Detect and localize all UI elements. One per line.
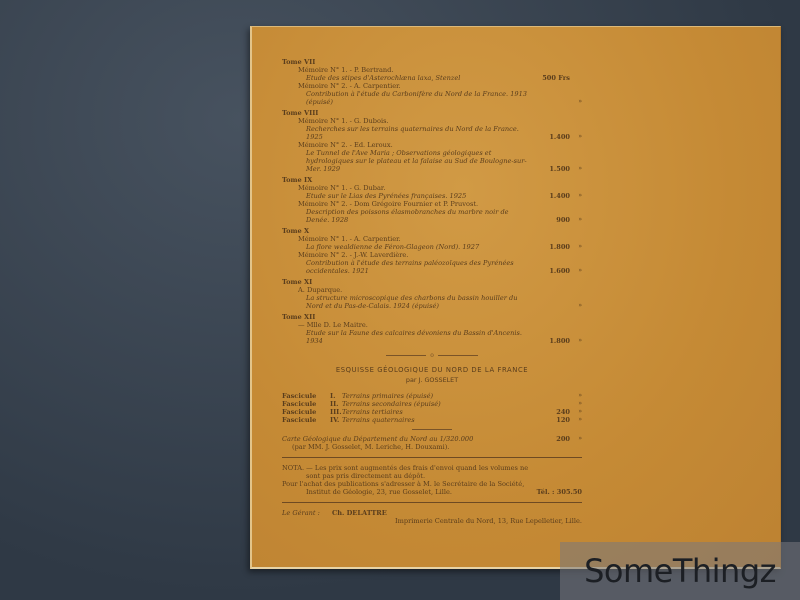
nota-block: NOTA. — Les prix sont augmentés des frai…	[282, 464, 582, 496]
memoire-author: Mémoire N° 2. - A. Carpentier.	[298, 82, 532, 90]
memoire-arrow: »	[578, 98, 582, 106]
book-back-cover: Tome VIIMémoire N° 1. - P. Bertrand.Etud…	[250, 26, 781, 569]
memoire-price: 1.800	[532, 243, 570, 251]
memoire-entry: Mémoire N° 2. - Dom Grégoire Fournier et…	[282, 200, 582, 224]
memoire-arrow: »	[578, 243, 582, 251]
esquisse-heading: ESQUISSE GÉOLOGIQUE DU NORD DE LA FRANCE	[282, 366, 582, 374]
memoire-price: 500 Frs	[532, 74, 570, 82]
memoire-price: 900	[532, 216, 570, 224]
divider-rule	[282, 457, 582, 458]
memoire-title: Etude sur le Lias des Pyrénées française…	[298, 192, 532, 200]
nota-line-3: Pour l'achat des publications s'adresser…	[282, 480, 582, 488]
carte-entry: Carte Géologique du Département du Nord …	[282, 435, 582, 451]
memoire-entry: Mémoire N° 1. - P. Bertrand.Etude des st…	[282, 66, 582, 82]
carte-authors: (par MM. J. Gosselet, M. Leriche, H. Dou…	[282, 443, 449, 451]
footer: Le Gérant : Ch. DELATTRE Imprimerie Cent…	[282, 509, 582, 525]
fascicules-list: FasciculeI.Terrains primaires (épuisé)»F…	[282, 392, 582, 424]
fascicule-entry: FasciculeII.Terrains secondaires (épuisé…	[282, 400, 582, 408]
memoire-entry: Mémoire N° 2. - Ed. Leroux.Le Tunnel de …	[282, 141, 582, 173]
carte-title: Carte Géologique du Département du Nord …	[282, 435, 473, 443]
fascicule-price: 120	[532, 416, 570, 424]
tome-label: Tome VIII	[282, 109, 582, 117]
fascicule-label: Fascicule	[282, 408, 330, 416]
memoire-arrow: »	[578, 192, 582, 200]
fascicule-label: Fascicule	[282, 416, 330, 424]
fascicule-arrow: »	[578, 408, 582, 416]
ornament-divider: o	[282, 352, 582, 360]
memoire-arrow: »	[578, 133, 582, 141]
gerant-label: Le Gérant :	[282, 509, 320, 517]
fascicule-entry: FasciculeIII.Terrains tertiaires240»	[282, 408, 582, 416]
fascicule-title: Terrains quaternaires	[342, 416, 415, 424]
nota-address: Institut de Géologie, 23, rue Gosselet, …	[306, 488, 452, 496]
fascicule-number: I.	[330, 392, 342, 400]
memoire-author: Mémoire N° 1. - A. Carpentier.	[298, 235, 532, 243]
tomes-list: Tome VIIMémoire N° 1. - P. Bertrand.Etud…	[282, 58, 582, 345]
memoire-price: 1.500	[532, 165, 570, 173]
carte-price: 200	[532, 435, 570, 443]
memoire-entry: Mémoire N° 2. - J.-W. Laverdière.Contrib…	[282, 251, 582, 275]
memoire-author: Mémoire N° 2. - J.-W. Laverdière.	[298, 251, 532, 259]
fascicule-number: II.	[330, 400, 342, 408]
tome-label: Tome VII	[282, 58, 582, 66]
memoire-author: Mémoire N° 2. - Ed. Leroux.	[298, 141, 532, 149]
fascicule-entry: FasciculeIV.Terrains quaternaires120»	[282, 416, 582, 424]
memoire-author: Mémoire N° 2. - Dom Grégoire Fournier et…	[298, 200, 532, 208]
fascicule-number: IV.	[330, 416, 342, 424]
short-divider	[412, 429, 452, 430]
memoire-price: 1.400	[532, 133, 570, 141]
memoire-arrow: »	[578, 216, 582, 224]
fascicule-title: Terrains secondaires (épuisé)	[342, 400, 441, 408]
carte-arrow: »	[578, 435, 582, 443]
nota-line-4: Institut de Géologie, 23, rue Gosselet, …	[282, 488, 582, 496]
fascicule-price: 240	[532, 408, 570, 416]
memoire-price: 1.800	[532, 337, 570, 345]
memoire-arrow: »	[578, 302, 582, 310]
memoire-arrow: »	[578, 267, 582, 275]
fascicule-entry: FasciculeI.Terrains primaires (épuisé)»	[282, 392, 582, 400]
tome-label: Tome XII	[282, 313, 582, 321]
memoire-title: La structure microscopique des charbons …	[298, 294, 532, 310]
memoire-entry: Mémoire N° 1. - A. Carpentier.La flore w…	[282, 235, 582, 251]
memoire-title: La flore wealdienne de Féron-Glageon (No…	[298, 243, 532, 251]
memoire-price: 1.600	[532, 267, 570, 275]
fascicule-number: III.	[330, 408, 342, 416]
watermark-text: SomeThingz	[584, 552, 776, 590]
watermark-logo: SomeThingz	[560, 542, 800, 600]
memoire-entry: Mémoire N° 1. - G. Dubar.Etude sur le Li…	[282, 184, 582, 200]
memoire-author: A. Duparque.	[298, 286, 532, 294]
memoire-arrow: »	[578, 337, 582, 345]
fascicule-arrow: »	[578, 416, 582, 424]
memoire-entry: Mémoire N° 2. - A. Carpentier.Contributi…	[282, 82, 582, 106]
memoire-entry: Mémoire N° 1. - G. Dubois.Recherches sur…	[282, 117, 582, 141]
memoire-price: 1.400	[532, 192, 570, 200]
fascicule-arrow: »	[578, 400, 582, 408]
memoire-title: Recherches sur les terrains quaternaires…	[298, 125, 532, 141]
memoire-author: — Mlle D. Le Maitre.	[298, 321, 532, 329]
esquisse-byline: par J. GOSSELET	[282, 376, 582, 384]
fascicule-title: Terrains tertiaires	[342, 408, 403, 416]
memoire-author: Mémoire N° 1. - G. Dubar.	[298, 184, 532, 192]
memoire-author: Mémoire N° 1. - P. Bertrand.	[298, 66, 532, 74]
memoire-title: Etude sur la Faune des calcaires dévonie…	[298, 329, 532, 345]
gerant-name: Ch. DELATTRE	[332, 509, 387, 517]
memoire-title: Description des poissons élasmobranches …	[298, 208, 532, 224]
memoire-title: Contribution à l'étude des terrains palé…	[298, 259, 532, 275]
fascicule-label: Fascicule	[282, 400, 330, 408]
fascicule-title: Terrains primaires (épuisé)	[342, 392, 433, 400]
fascicule-arrow: »	[578, 392, 582, 400]
memoire-title: Contribution à l'étude du Carbonifère du…	[298, 90, 532, 106]
tome-label: Tome IX	[282, 176, 582, 184]
memoire-title: Le Tunnel de l'Ave Maria ; Observations …	[298, 149, 532, 173]
nota-tel: Tél. : 305.50	[537, 488, 582, 496]
printer-line: Imprimerie Centrale du Nord, 13, Rue Lep…	[282, 517, 582, 525]
nota-line-2: sont pas pris directement au dépôt.	[282, 472, 582, 480]
publication-list: Tome VIIMémoire N° 1. - P. Bertrand.Etud…	[282, 55, 582, 525]
tome-label: Tome XI	[282, 278, 582, 286]
memoire-entry: — Mlle D. Le Maitre.Etude sur la Faune d…	[282, 321, 582, 345]
memoire-title: Etude des stipes d'Asterochlæna laxa, St…	[298, 74, 532, 82]
memoire-entry: A. Duparque.La structure microscopique d…	[282, 286, 582, 310]
memoire-author: Mémoire N° 1. - G. Dubois.	[298, 117, 532, 125]
fascicule-label: Fascicule	[282, 392, 330, 400]
tome-label: Tome X	[282, 227, 582, 235]
nota-line-1: NOTA. — Les prix sont augmentés des frai…	[282, 464, 582, 472]
divider-rule	[282, 502, 582, 503]
memoire-arrow: »	[578, 165, 582, 173]
